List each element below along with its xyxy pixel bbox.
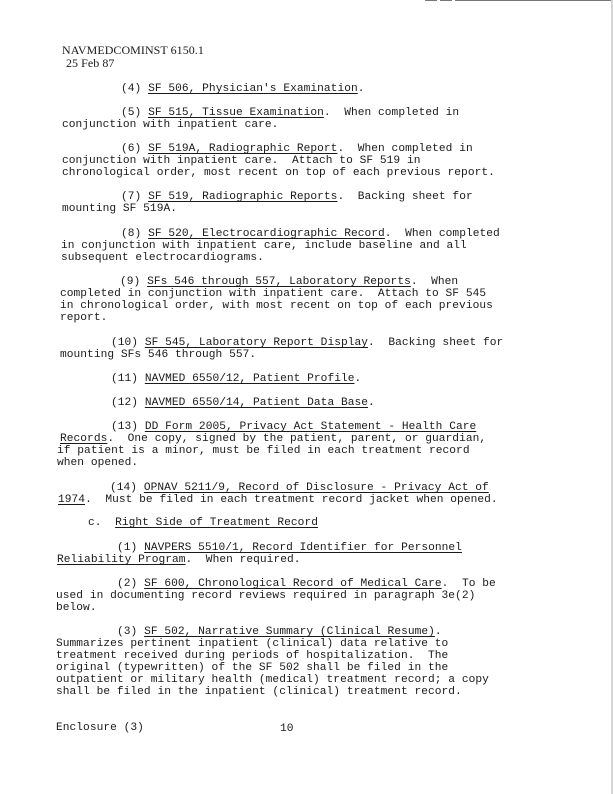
doc-date: 25 Feb 87 — [66, 57, 114, 69]
scan-edge-line — [0, 0, 613, 1]
item-9-line: in chronological order, with most recent… — [60, 300, 493, 312]
item-9-line: completed in conjunction with inpatient … — [60, 288, 486, 300]
page-number: 10 — [280, 723, 294, 735]
item-6: (6) SF 519A, Radiographic Report. When c… — [121, 143, 473, 155]
item-12: (12) NAVMED 6550/14, Patient Data Base. — [111, 397, 375, 409]
item-13-line: when opened. — [57, 457, 138, 469]
form-title: SF 506, Physician's Examination — [148, 83, 358, 95]
section-c-item-3-line: Summarizes pertinent inpatient (clinical… — [56, 638, 448, 650]
item-6-line: chronological order, most recent on top … — [62, 167, 495, 179]
section-c-item-3-line: shall be filed in the inpatient (clinica… — [56, 686, 462, 698]
item-14-line: 1974. Must be filed in each treatment re… — [58, 494, 498, 506]
form-title: SF 519A, Radiographic Report — [148, 143, 337, 155]
item-8-line: subsequent electrocardiograms. — [61, 252, 264, 264]
form-title: NAVMED 6550/12, Patient Profile — [145, 373, 355, 385]
item-13-line: if patient is a minor, must be filed in … — [57, 445, 470, 457]
section-c-item-3-line: outpatient or military health (medical) … — [56, 674, 489, 686]
form-title: SF 545, Laboratory Report Display — [145, 337, 368, 349]
section-c-heading: c. Right Side of Treatment Record — [88, 517, 318, 529]
form-title: SF 520, Electrocardiographic Record — [148, 228, 385, 240]
item-9-line: report. — [60, 312, 107, 324]
item-10-line: mounting SFs 546 through 557. — [60, 349, 256, 361]
item-13: (13) DD Form 2005, Privacy Act Statement… — [111, 421, 476, 433]
section-c-item-2-line: below. — [56, 602, 97, 614]
form-title: SF 502, Narrative Summary (Clinical Resu… — [144, 626, 435, 638]
form-title: NAVPERS 5510/1, Record Identifier for Pe… — [144, 542, 462, 554]
item-5: (5) SF 515, Tissue Examination. When com… — [121, 107, 459, 119]
section-c-item-3: (3) SF 502, Narrative Summary (Clinical … — [117, 626, 442, 638]
form-title: NAVMED 6550/14, Patient Data Base — [145, 397, 368, 409]
item-11: (11) NAVMED 6550/12, Patient Profile. — [111, 373, 361, 385]
form-title: DD Form 2005, Privacy Act Statement - He… — [145, 421, 476, 433]
section-title: Right Side of Treatment Record — [115, 517, 318, 529]
item-9: (9) SFs 546 through 557, Laboratory Repo… — [120, 276, 458, 288]
item-10: (10) SF 545, Laboratory Report Display. … — [111, 337, 503, 349]
item-6-line: conjunction with inpatient care. Attach … — [62, 155, 420, 167]
form-title: SF 515, Tissue Examination — [148, 107, 324, 119]
section-c-item-1: (1) NAVPERS 5510/1, Record Identifier fo… — [117, 542, 462, 554]
item-8-line: in conjunction with inpatient care, incl… — [61, 240, 467, 252]
section-c-item-3-line: treatment received during periods of hos… — [56, 650, 448, 662]
section-c-item-2: (2) SF 600, Chronological Record of Medi… — [117, 578, 496, 590]
item-8: (8) SF 520, Electrocardiographic Record.… — [121, 228, 500, 240]
form-title: SF 519, Radiographic Reports — [148, 191, 337, 203]
section-c-item-1-line: Reliability Program. When required. — [57, 554, 301, 566]
item-4: (4) SF 506, Physician's Examination. — [121, 83, 365, 95]
form-title: SF 600, Chronological Record of Medical … — [144, 578, 442, 590]
form-title: SFs 546 through 557, Laboratory Reports — [147, 276, 411, 288]
section-c-item-2-line: used in documenting record reviews requi… — [56, 590, 475, 602]
enclosure-label: Enclosure (3) — [56, 722, 144, 734]
item-7: (7) SF 519, Radiographic Reports. Backin… — [121, 191, 473, 203]
form-title: OPNAV 5211/9, Record of Disclosure - Pri… — [144, 482, 489, 494]
item-13-line: Records. One copy, signed by the patient… — [60, 433, 486, 445]
doc-id: NAVMEDCOMINST 6150.1 — [62, 44, 204, 56]
section-c-item-3-line: original (typewritten) of the SF 502 sha… — [56, 662, 448, 674]
item-5-line: conjunction with inpatient care. — [62, 119, 278, 131]
item-7-line: mounting SF 519A. — [62, 203, 177, 215]
item-14: (14) OPNAV 5211/9, Record of Disclosure … — [110, 482, 489, 494]
